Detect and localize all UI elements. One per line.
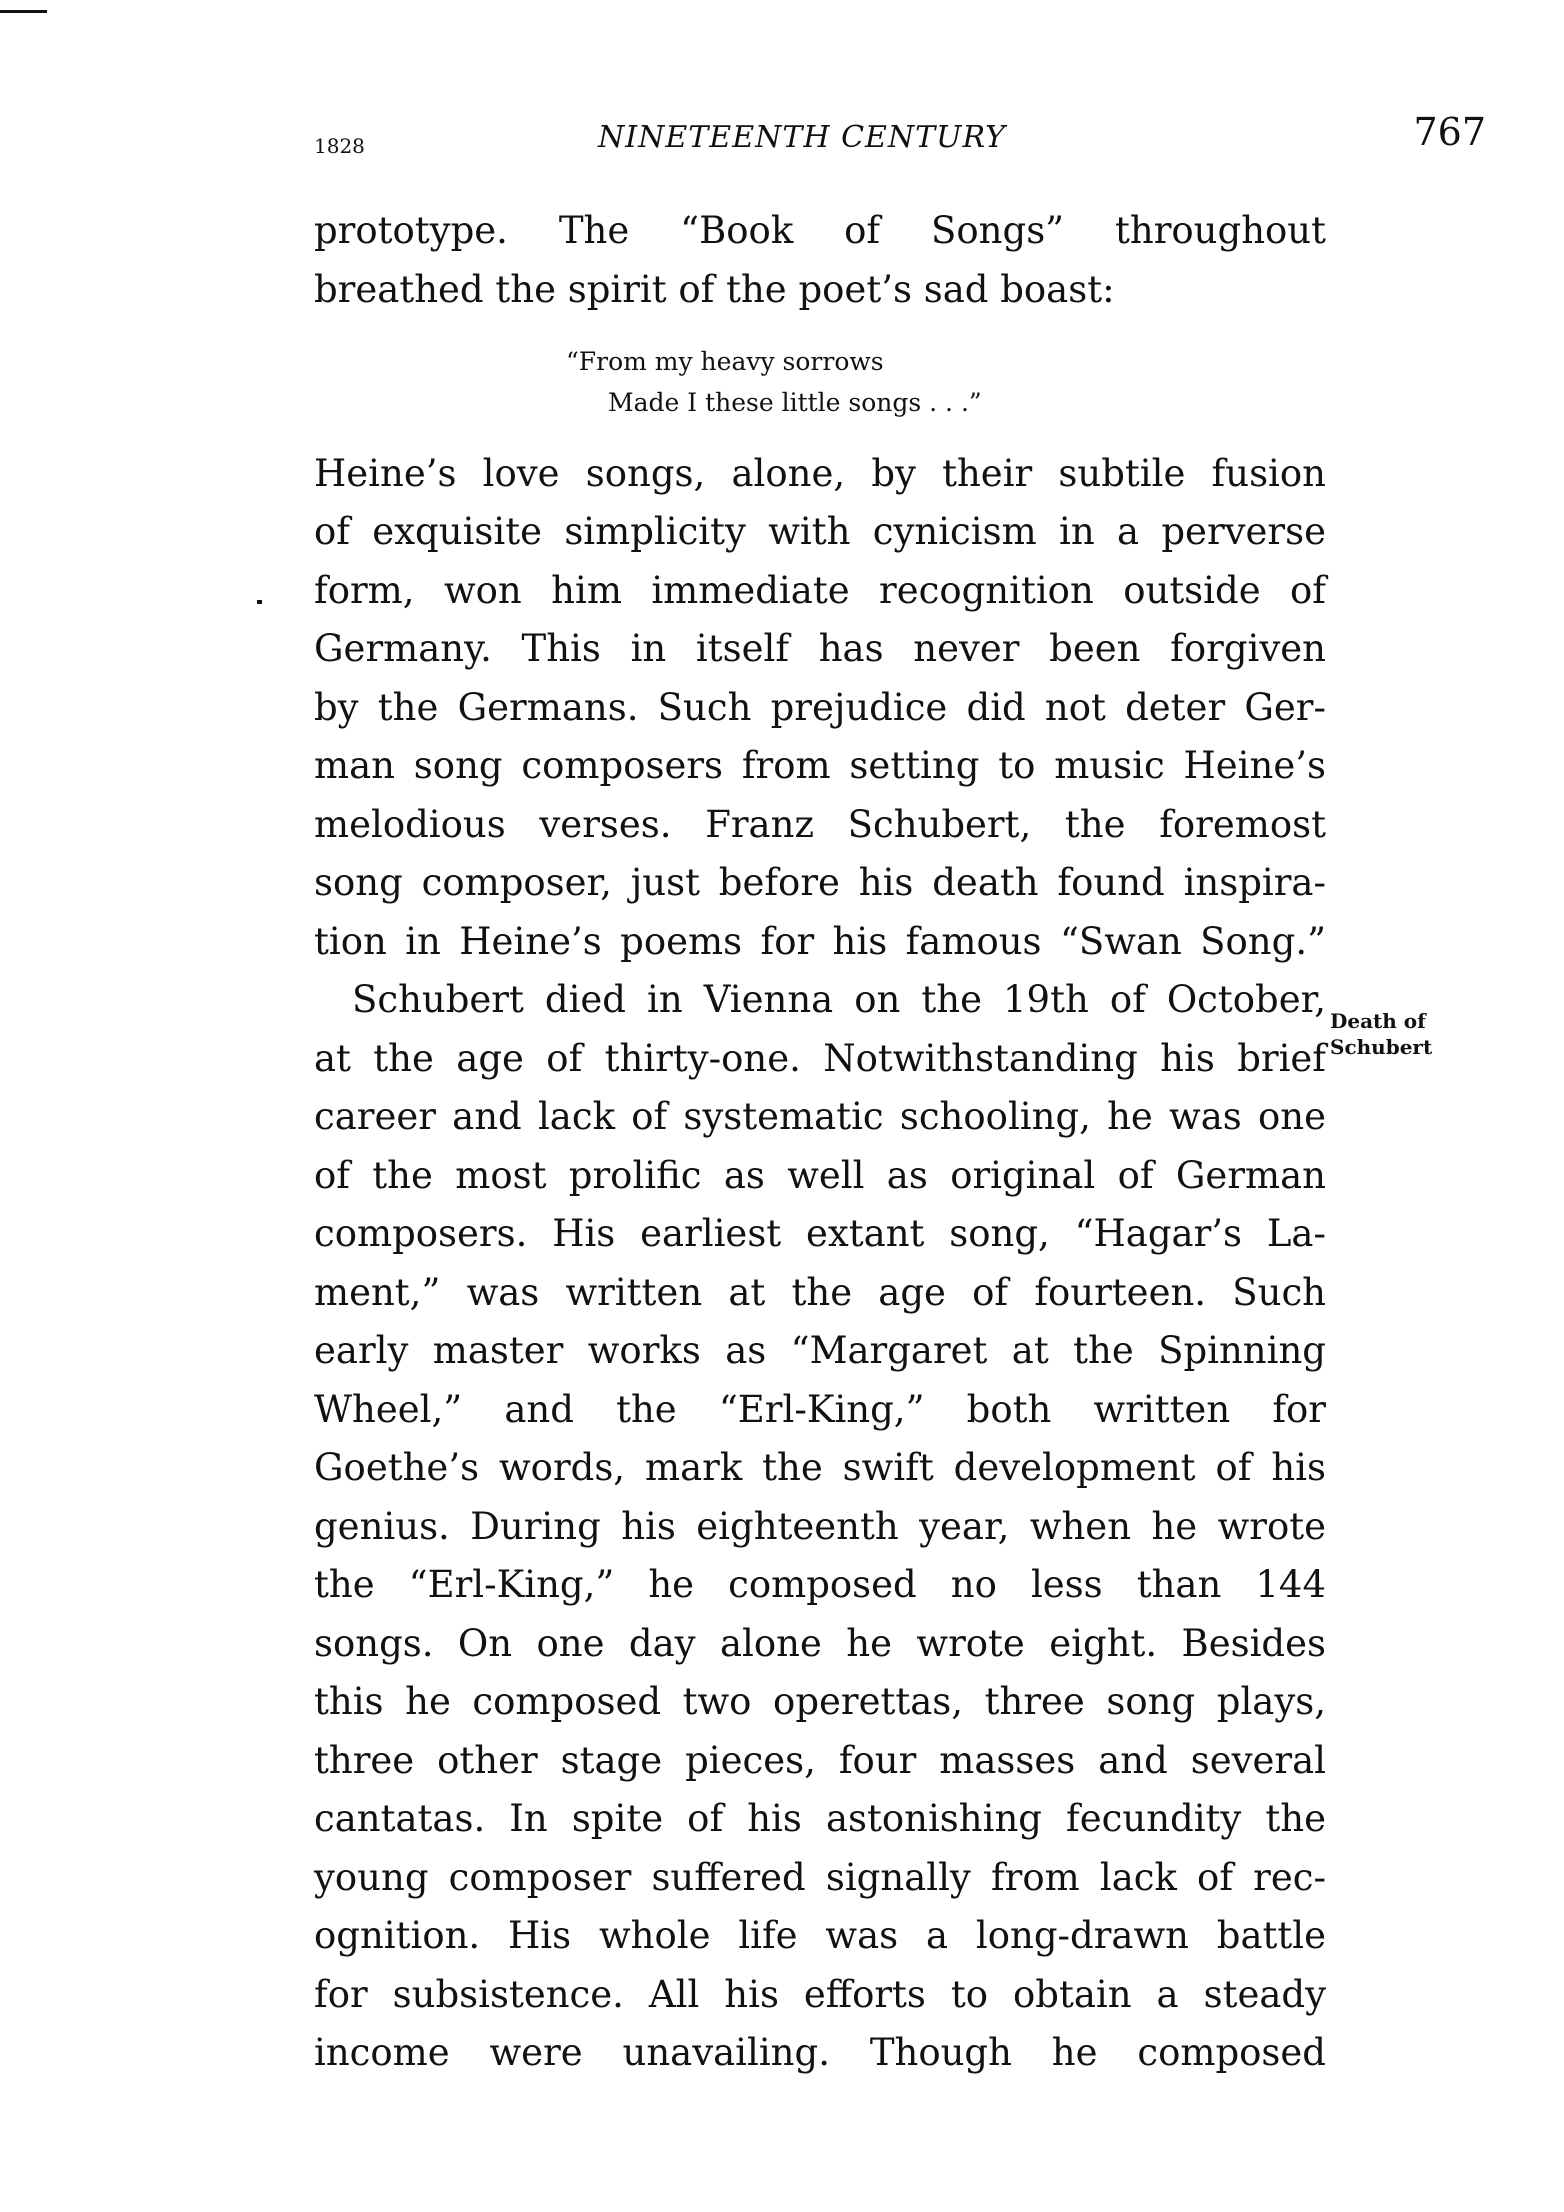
body-line: melodious verses. Franz Schubert, the fo… [314, 800, 1326, 850]
body-line: this he composed two operettas, three so… [314, 1677, 1326, 1727]
page-number: 767 [1413, 112, 1486, 152]
body-line-paragraph-start: Schubert died in Vienna on the 19th of O… [352, 975, 1326, 1025]
body-line: breathed the spirit of the poet’s sad bo… [314, 265, 1326, 315]
verse-quote-line-1: “From my heavy sorrows [566, 346, 884, 378]
body-line: ognition. His whole life was a long-draw… [314, 1911, 1326, 1961]
body-line: of exquisite simplicity with cynicism in… [314, 507, 1326, 557]
body-line: three other stage pieces, four masses an… [314, 1736, 1326, 1786]
body-line: of the most prolific as well as original… [314, 1151, 1326, 1201]
body-line: at the age of thirty-one. Notwithstandin… [314, 1034, 1326, 1084]
body-line: man song composers from setting to music… [314, 741, 1326, 791]
running-header-title: NINETEENTH CENTURY [0, 118, 1564, 158]
body-line: song composer, just before his death fou… [314, 858, 1326, 908]
margin-note-line-2: Schubert [1330, 1034, 1432, 1060]
body-line: young composer suffered signally from la… [314, 1853, 1326, 1903]
body-line: by the Germans. Such prejudice did not d… [314, 683, 1326, 733]
body-line: ment,” was written at the age of fourtee… [314, 1268, 1326, 1318]
body-line: income were unavailing. Though he compos… [314, 2028, 1326, 2078]
body-line: early master works as “Margaret at the S… [314, 1326, 1326, 1376]
body-line: prototype. The “Book of Songs” throughou… [314, 206, 1326, 256]
scan-edge-mark [0, 10, 47, 13]
margin-note-line-1: Death of [1330, 1008, 1426, 1034]
body-line: form, won him immediate recognition outs… [314, 566, 1326, 616]
body-line: Heine’s love songs, alone, by their subt… [314, 449, 1326, 499]
body-line: the “Erl-King,” he composed no less than… [314, 1560, 1326, 1610]
body-line: Germany. This in itself has never been f… [314, 624, 1326, 674]
body-line: composers. His earliest extant song, “Ha… [314, 1209, 1326, 1259]
body-line: career and lack of systematic schooling,… [314, 1092, 1326, 1142]
body-line: Wheel,” and the “Erl-King,” both written… [314, 1385, 1326, 1435]
body-line: cantatas. In spite of his astonishing fe… [314, 1794, 1326, 1844]
body-line: genius. During his eighteenth year, when… [314, 1502, 1326, 1552]
body-line: tion in Heine’s poems for his famous “Sw… [314, 917, 1326, 967]
body-line: for subsistence. All his efforts to obta… [314, 1970, 1326, 2020]
body-line: Goethe’s words, mark the swift developme… [314, 1443, 1326, 1493]
verse-quote-line-2: Made I these little songs . . .” [608, 387, 982, 419]
scan-speck [257, 600, 262, 604]
body-line: songs. On one day alone he wrote eight. … [314, 1619, 1326, 1669]
